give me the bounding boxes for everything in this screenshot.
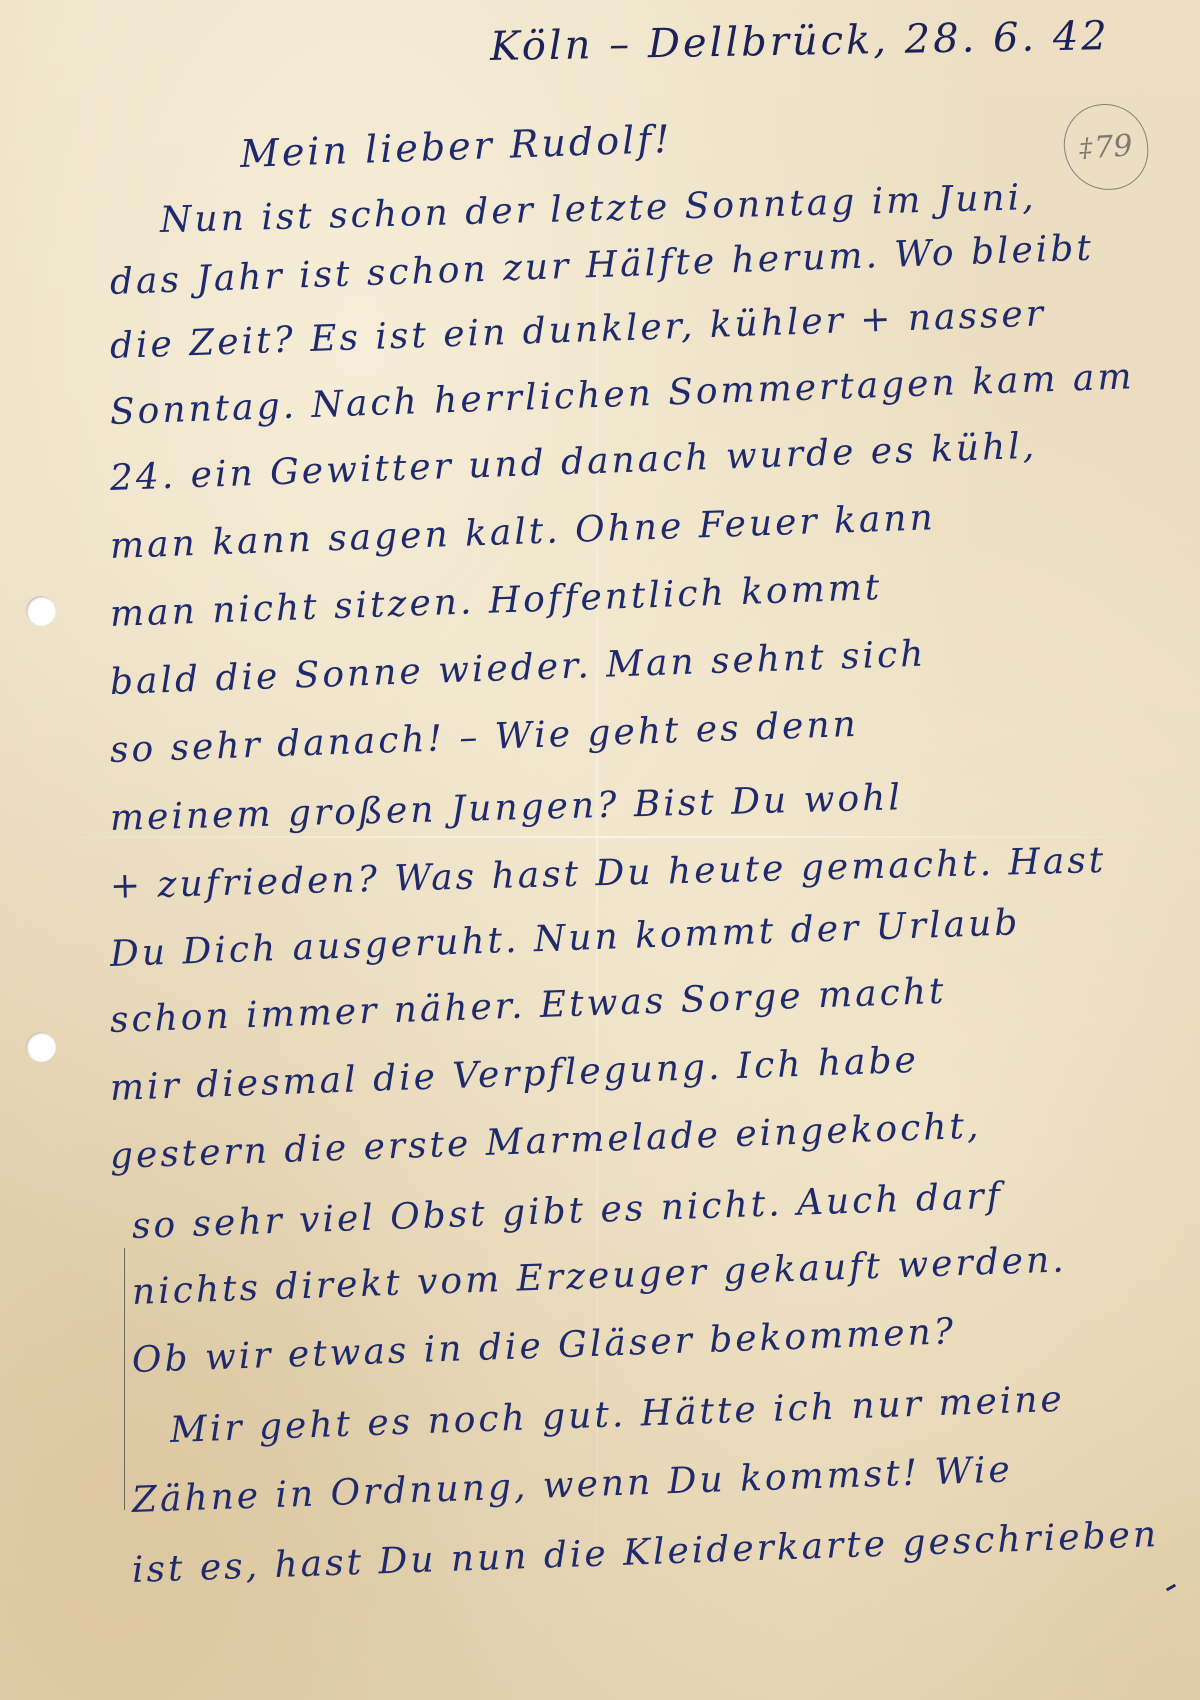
archive-number-stamp: ‡ 79 [1061,101,1151,193]
letter-line: mir diesmal die Verpflegung. Ich habe [109,1040,919,1109]
punch-hole-upper [26,596,56,626]
letter-line: Ob wir etwas in die Gläser bekommen? [131,1311,956,1381]
letter-page: ‡ 79 Köln – Dellbrück, 28. 6. 42 Mein li… [0,0,1200,1700]
letter-line: + zufrieden? Was hast Du heute gemacht. … [109,840,1106,907]
ink-mark [1166,1584,1176,1592]
dateline: Köln – Dellbrück, 28. 6. 42 [490,13,1111,70]
punch-hole-lower [26,1032,56,1062]
letter-line: Nun ist schon der letzte Sonntag im Juni… [159,177,1037,241]
archive-number-prefix: ‡ [1078,133,1093,164]
letter-line: meinem großen Jungen? Bist Du wohl [109,777,903,839]
margin-line [124,1248,125,1510]
letter-line: man nicht sitzen. Hoffentlich kommt [109,567,883,635]
letter-line: das Jahr ist schon zur Hälfte herum. Wo … [109,228,1094,303]
letter-line: ist es, hast Du nun die Kleiderkarte ges… [131,1514,1159,1591]
letter-line: bald die Sonne wieder. Man sehnt sich [109,634,927,703]
letter-line: gestern die erste Marmelade eingekocht, [109,1106,982,1177]
letter-line: Du Dich ausgeruht. Nun kommt der Urlaub [109,902,1021,975]
letter-line: schon immer näher. Etwas Sorge macht [109,971,947,1041]
letter-line: so sehr danach! – Wie geht es denn [109,704,859,771]
letter-line: man kann sagen kalt. Ohne Feuer kann [109,497,936,567]
letter-line: Zähne in Ordnung, wenn Du kommst! Wie [131,1449,1013,1521]
salutation: Mein lieber Rudolf! [239,117,673,176]
letter-line: Mir geht es noch gut. Hätte ich nur mein… [169,1379,1065,1451]
letter-line: Sonntag. Nach herrlichen Sommertagen kam… [109,356,1135,433]
archive-number: 79 [1093,128,1134,166]
letter-line: nichts direkt vom Erzeuger gekauft werde… [131,1239,1067,1313]
letter-line: die Zeit? Es ist ein dunkler, kühler + n… [109,293,1046,367]
letter-line: 24. ein Gewitter und danach wurde es küh… [109,426,1037,499]
letter-line: so sehr viel Obst gibt es nicht. Auch da… [131,1176,1003,1247]
